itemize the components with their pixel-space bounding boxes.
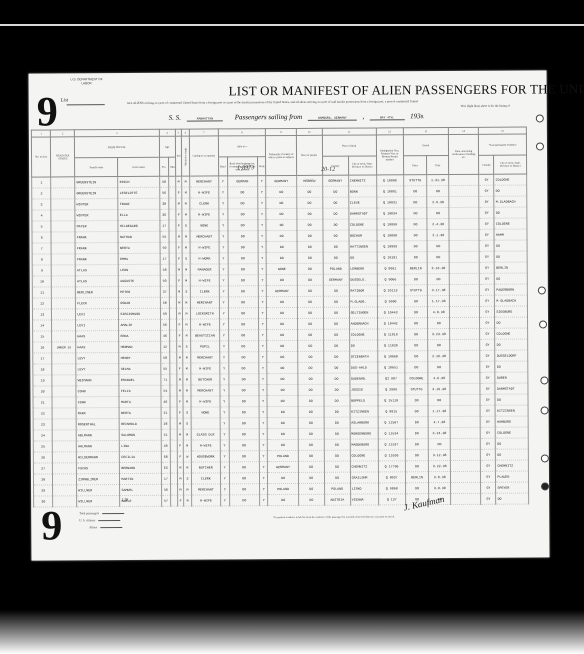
residence-country: GY (481, 482, 496, 493)
residence-city: COLOGNE (494, 218, 527, 229)
given-name: AMALIE (119, 319, 160, 330)
residence-city: COLOGNE (496, 427, 529, 438)
residence-country: GY (479, 262, 494, 273)
issued-date: 3.16.38 (428, 384, 450, 395)
race: DO (298, 472, 324, 483)
issued-date: DO (429, 439, 451, 450)
birth-city: VIENNA (350, 494, 378, 505)
birth-city: BOPPELD (350, 395, 378, 406)
issued-place: DO (405, 450, 429, 461)
nationality: DO (266, 230, 296, 241)
birth-country: DO (324, 472, 350, 483)
list-line (67, 104, 105, 105)
visa-number: Q 9990 (377, 296, 404, 307)
birth-city: CLEVE (348, 197, 376, 208)
tally-mark: 1 78 (121, 497, 128, 502)
can-read: Y (220, 418, 229, 429)
visa-number: Q 10651 (377, 362, 404, 373)
age-years: 57 (161, 495, 171, 506)
age-years: 12 (160, 341, 170, 352)
given-name: FELIX (119, 385, 160, 396)
birth-city: HATTINGEN (349, 241, 377, 252)
age-years: 55 (160, 363, 170, 374)
verification (450, 405, 480, 416)
nationality: GERMANY (267, 285, 297, 296)
occupation: H-WIFE (191, 440, 220, 451)
nationality: DO (267, 384, 297, 395)
family-name: GRUENSTEIN (75, 177, 118, 188)
birth-city: DO (349, 252, 377, 263)
birth-city: OTZENRATH (349, 351, 377, 362)
visa-number: Q 10442 (377, 318, 404, 329)
residence-country: GY (481, 471, 496, 482)
given-name: CECILIA (120, 451, 161, 462)
header-able-to: Able to— (218, 136, 266, 157)
issued-place: DO (404, 241, 428, 252)
head-tax (52, 276, 76, 287)
visa-number: Q 10101 (377, 252, 404, 263)
race: HEBREW (296, 175, 322, 186)
given-name: ELLA (118, 209, 159, 220)
issued-place: DO (404, 340, 428, 351)
race: DO (297, 208, 323, 219)
race: DO (297, 241, 323, 252)
head-tax (51, 188, 75, 199)
head-tax (51, 210, 75, 221)
issued-place: STUTTG (404, 285, 428, 296)
residence-country: GY (480, 394, 495, 405)
scan-edge-top (0, 24, 584, 26)
marital-status: S (183, 286, 191, 297)
family-name: MAYER (75, 221, 118, 232)
age-years: 58 (159, 176, 169, 187)
language: DO (229, 484, 259, 495)
issued-place: DO (405, 461, 429, 472)
given-name: HILDEGARD (118, 220, 159, 231)
row-number: 19 (33, 375, 53, 386)
marital-status: M (183, 396, 191, 407)
head-tax (52, 287, 76, 298)
birth-country: AUSTRIA (324, 494, 350, 505)
race: DO (298, 450, 324, 461)
language: DO (228, 319, 258, 330)
verification (450, 449, 480, 460)
ship-info-row: S. S. MANHATTAN Passengers sailing from … (169, 112, 425, 122)
birth-country: DO (324, 461, 350, 472)
occupation: GLASS DLR (191, 429, 220, 440)
visa-number: QI 987 (378, 373, 405, 384)
language: DO (228, 352, 258, 363)
visa-number: Q 11019 (377, 329, 404, 340)
birth-city: MORGENBURG (350, 428, 378, 439)
nationality: DO (267, 329, 297, 340)
ship-name: MANHATTAN (187, 117, 223, 121)
issued-date: 1.31.38 (427, 175, 449, 186)
issued-date: 3.23.38 (428, 329, 450, 340)
binder-hole-icon (536, 114, 544, 122)
issued-place: DO (403, 186, 427, 197)
nationality: DO (266, 208, 296, 219)
residence-city: PLAUEN (496, 471, 529, 482)
age-years: 68 (161, 451, 171, 462)
residence-city: M.GLADBACH (494, 196, 527, 207)
verification (449, 240, 479, 251)
birth-country: GERMANY (323, 274, 349, 285)
race: DO (298, 362, 324, 373)
marital-status: M (183, 363, 191, 374)
verification (449, 295, 479, 306)
age-years: 56 (160, 319, 170, 330)
issued-place: DO (404, 307, 428, 318)
family-name: ROSENTHAL (76, 419, 119, 430)
language: DO (229, 429, 259, 440)
given-name: SALOMON (120, 429, 161, 440)
birth-country: POLAND (323, 263, 349, 274)
nationality: GERMANY (266, 175, 296, 186)
can-write: Y (258, 330, 267, 341)
family-name: BERLINER (76, 287, 119, 298)
visa-number: Q 11636 (378, 450, 405, 461)
marital-status: M (182, 275, 190, 286)
given-name: PETER (119, 286, 160, 297)
family-name: COHN (76, 386, 119, 397)
nationality: GERMANY (268, 461, 298, 472)
verification (451, 493, 481, 504)
race: DO (297, 307, 323, 318)
visa-number: Q 10443 (377, 307, 404, 318)
nationality: DO (268, 428, 298, 439)
can-read: Y (219, 308, 228, 319)
row-number: 8 (32, 254, 52, 265)
given-name: EMMA (119, 253, 160, 264)
race: DO (297, 296, 323, 307)
language: DO (228, 275, 258, 286)
residence-country: GY (480, 273, 495, 284)
occupation: LOCKSMITH (190, 308, 219, 319)
can-write: Y (259, 407, 268, 418)
verification (450, 394, 480, 405)
residence-country: GY (480, 427, 495, 438)
row-number: 7 (32, 243, 52, 254)
residence-city: DO (495, 251, 528, 262)
row-number: 15 (33, 331, 53, 342)
marital-status: M (183, 385, 191, 396)
birth-city: CRAILSHM (350, 472, 378, 483)
nationality: DO (267, 340, 297, 351)
can-write: Y (259, 495, 268, 506)
row-number: 13 (32, 309, 52, 320)
birth-country: DO (323, 329, 349, 340)
family-name: FUCHS (77, 463, 120, 474)
issued-date: 1.17.38 (429, 406, 451, 417)
header-last-residence: *Last permanent residence (479, 134, 527, 155)
language: DO (227, 198, 257, 209)
birth-city: DUS-AHLD (349, 362, 377, 373)
head-tax (51, 232, 75, 243)
given-name: BERTA (119, 407, 160, 418)
race: DO (298, 428, 324, 439)
can-read: Y (220, 341, 229, 352)
head-tax (52, 298, 76, 309)
head-tax (53, 430, 77, 441)
visa-number: Q 9061 (377, 263, 404, 274)
can-read: Y (220, 473, 229, 484)
family-name: ATLAS (75, 265, 118, 276)
occupation: BUTCHER (191, 462, 220, 473)
occupation: H-WIFE (190, 275, 219, 286)
family-name: FLECK (76, 298, 119, 309)
age-years: 58 (160, 352, 170, 363)
given-name: SIEGISMUND (119, 308, 160, 319)
row-number: 10 (32, 276, 52, 287)
issued-date: DO (427, 208, 449, 219)
verification (450, 372, 480, 383)
nationality: DO (267, 307, 297, 318)
language: DO (228, 297, 258, 308)
language: DO (228, 385, 258, 396)
occupation: H-WORK (190, 253, 219, 264)
given-name: REINHOLD (120, 418, 161, 429)
header-sex: Sex (175, 136, 182, 176)
can-read: Y (220, 330, 229, 341)
row-number: 12 (32, 298, 52, 309)
binder-hole-icon (538, 286, 546, 294)
age-years: 37 (160, 286, 170, 297)
family-name: LEVI (76, 320, 119, 331)
head-tax (53, 419, 77, 430)
head-tax (52, 331, 76, 342)
given-name: HENRY (119, 352, 160, 363)
occupation: H-WIFE (191, 396, 220, 407)
header-write: Write (257, 157, 266, 176)
head-tax (51, 177, 75, 188)
issued-date: DO (428, 362, 450, 373)
issued-place: DO (404, 219, 428, 230)
verification (450, 460, 480, 471)
can-read: Y (220, 462, 229, 473)
race: DO (298, 494, 324, 505)
issued-date: DO (427, 186, 449, 197)
birth-city: BOCHUM (349, 230, 377, 241)
table-row: 30WILLNERADELE57FMH-WIFEYDOYDODOAUSTRIAV… (34, 493, 529, 507)
row-number: 24 (33, 430, 53, 441)
issued-place: DO (405, 483, 429, 494)
birth-country: DO (323, 219, 349, 230)
can-read: Y (219, 253, 228, 264)
marital-status: M (183, 374, 191, 385)
header-issued: Issued (403, 135, 449, 156)
birth-city: CHEMNITZ (348, 175, 376, 186)
header-married: Married or single (182, 136, 190, 176)
age-years: 56 (159, 187, 169, 198)
residence-city: DUREN (495, 372, 528, 383)
verification (450, 306, 480, 317)
race: DO (297, 197, 323, 208)
handwritten-annotation: 1-8973 (237, 165, 254, 171)
can-read: Y (220, 429, 229, 440)
family-name: GRUENSTEIN (75, 188, 118, 199)
family-name: COHN (76, 397, 119, 408)
residence-country: GY (480, 306, 495, 317)
visa-number: Q 8037 (378, 472, 405, 483)
verification (449, 207, 479, 218)
can-write: Y (258, 209, 267, 220)
issued-date: 3.24.38 (429, 428, 451, 439)
given-name: MARTIN (120, 473, 161, 484)
row-number: 29 (34, 485, 54, 496)
issued-place: DO (404, 318, 428, 329)
race: DO (298, 483, 324, 494)
given-name: MARTA (119, 396, 160, 407)
visa-number: Q 10000 (376, 175, 403, 186)
language: DO (228, 341, 258, 352)
residence-country: GY (479, 196, 494, 207)
can-write: Y (258, 187, 267, 198)
birth-city: LISKO (350, 483, 378, 494)
passenger-rows: 1GRUENSTEINERICH58MMMERCHANTYGERMANYGERM… (32, 174, 529, 507)
birth-city: CHEMNITZ (350, 461, 378, 472)
nationality: DO (268, 439, 298, 450)
visa-number: Q 10113 (377, 285, 404, 296)
marital-status: M (183, 440, 191, 451)
visa-number: Q 10099 (377, 219, 404, 230)
birth-city: GELTINGEN (349, 307, 377, 318)
row-number: 18 (33, 364, 53, 375)
age-years: 71 (160, 374, 170, 385)
can-write: Y (258, 341, 267, 352)
issued-date: 3.8.38 (429, 483, 451, 494)
issued-place: BERLIN (405, 472, 429, 483)
race: DO (297, 252, 323, 263)
header-read: Read (218, 157, 227, 176)
department-label: U.S. DEPARTMENT OF LABOR (67, 77, 107, 85)
language: DO (228, 286, 258, 297)
nationality: DO (267, 241, 297, 252)
verification (451, 482, 481, 493)
marital-status: M (182, 209, 190, 220)
residence-city: DO (494, 207, 527, 218)
verification (450, 328, 480, 339)
birth-city: DUSSELD. (349, 274, 377, 285)
language: GERMAN (227, 176, 257, 187)
header-lr-country: Country (479, 155, 494, 174)
scan-bottom-fade (0, 610, 584, 654)
family-name: ZIRNBLIMER (77, 474, 120, 485)
occupation: H-WIFE (190, 319, 219, 330)
head-tax (52, 309, 76, 320)
given-name: HERMAN (119, 341, 160, 352)
age-years: 55 (159, 231, 169, 242)
residence-country: GY (479, 207, 494, 218)
nationality: POLAND (268, 450, 298, 461)
verification (450, 339, 480, 350)
verification (449, 273, 479, 284)
birth-country: DO (324, 395, 350, 406)
birth-country: DO (323, 285, 349, 296)
family-name: WINTER (75, 199, 118, 210)
row-number: 2 (32, 188, 52, 199)
language: DO (228, 242, 258, 253)
residence-country: GY (480, 317, 495, 328)
age-years: 46 (160, 330, 170, 341)
given-name: ERICH (118, 176, 159, 187)
can-read: Y (220, 363, 229, 374)
occupation: MERCHANT (190, 297, 219, 308)
can-read: Y (219, 231, 228, 242)
visa-number: Q 10098 (377, 230, 404, 241)
occupation: MANAGER (190, 264, 219, 275)
nationality: DO (268, 494, 298, 505)
residence-city: HAMM (494, 229, 527, 240)
family-name: HAAS (76, 331, 119, 342)
verification (449, 251, 479, 262)
row-number: 9 (32, 265, 52, 276)
visa-number: Q 15110 (378, 395, 405, 406)
residence-country: GY (480, 284, 495, 295)
birth-country: DO (323, 307, 349, 318)
marital-status: S (184, 473, 192, 484)
marital-status: M (182, 231, 190, 242)
occupation: CLERK (191, 473, 220, 484)
occupation: CLERK (190, 286, 219, 297)
language: DO (229, 396, 259, 407)
residence-country: GY (480, 372, 495, 383)
residence-country: GY (480, 350, 495, 361)
family-name: LEVY (76, 353, 119, 364)
occupation (191, 418, 220, 429)
can-read: Y (219, 198, 228, 209)
language: DO (228, 264, 258, 275)
language: DO (228, 231, 258, 242)
header-issued-date: Date (427, 156, 449, 175)
age-years: 36 (159, 209, 169, 220)
marital-status: M (183, 297, 191, 308)
nationality: DO (268, 417, 298, 428)
nationality: DO (267, 395, 297, 406)
birth-country: DO (324, 439, 350, 450)
age-years: 48 (161, 440, 171, 451)
issued-place: DO (405, 428, 429, 439)
birth-city: JOSSIG (349, 384, 377, 395)
residence-city: DO (496, 438, 529, 449)
residence-city: COLOGNE (494, 174, 527, 185)
can-write: Y (259, 429, 268, 440)
race: DO (297, 230, 323, 241)
row-number: 22 (33, 408, 53, 419)
aliens-label: Aliens (89, 525, 97, 529)
verification (449, 229, 479, 240)
can-read: Y (220, 352, 229, 363)
language: DO (227, 187, 257, 198)
marital-status: S (183, 418, 191, 429)
can-write: Y (258, 231, 267, 242)
can-write: Y (259, 385, 268, 396)
header-calling: Calling or occupation (189, 136, 218, 176)
header-race: Race or people (296, 135, 322, 175)
issued-date: 4.7.38 (429, 417, 451, 428)
age-years: 50 (160, 242, 170, 253)
row-number: 6 (32, 232, 52, 243)
header-row-1: No. on List HEAD-TAX STATUS NAME IN FULL… (31, 134, 526, 158)
residence-country: GY (479, 185, 494, 196)
can-write: Y (259, 440, 268, 451)
document-subtitle-2: This (light blue) sheet is for the listi… (461, 104, 510, 108)
issued-date: 2.16.38 (428, 351, 450, 362)
family-name: FRANK (75, 254, 118, 265)
residence-city: DO (496, 449, 529, 460)
issued-date: 4.8.38 (428, 307, 450, 318)
nationality: DO (267, 362, 297, 373)
